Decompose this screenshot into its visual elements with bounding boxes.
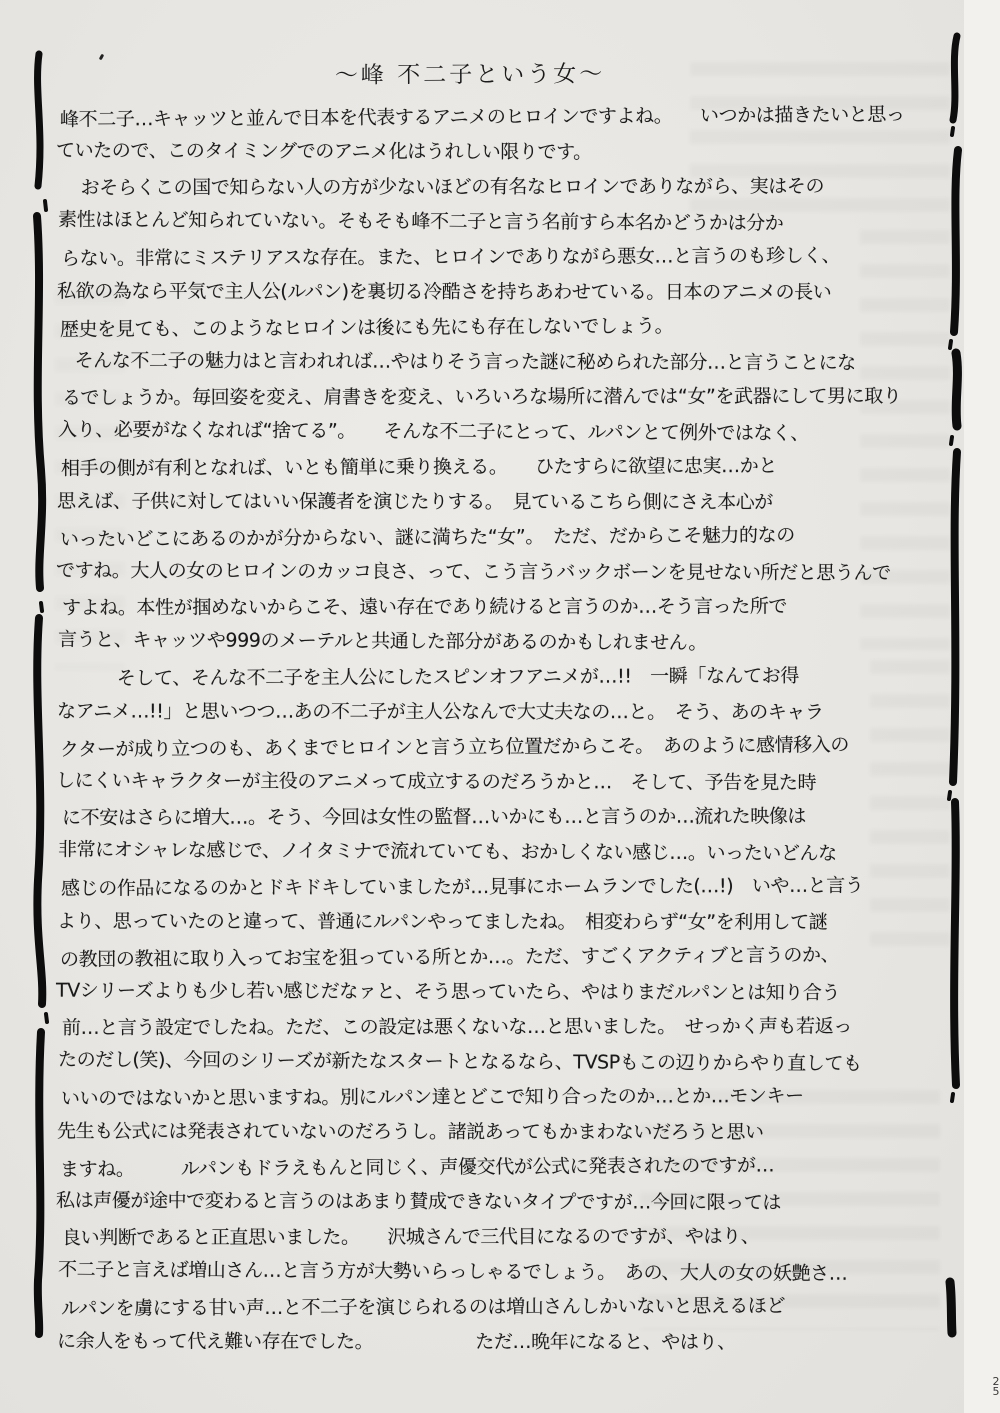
handwritten-line: しにくいキャラクターが主役のアニメって成立するのだろうかと… そして、予告を見た… [56, 764, 958, 802]
handwritten-line: の教団の教祖に取り入ってお宝を狙っている所とか…。ただ、すごくアクティブと言うの… [60, 937, 958, 977]
handwritten-line: ていたので、このタイミングでのアニメ化はうれしい限りです。 [56, 134, 958, 172]
handwritten-line: 私は声優が途中で変わると言うのはあまり賛成できないタイプですが…今回に限っては [56, 1184, 958, 1222]
handwritten-line: 相手の側が有利となれば、いとも簡単に乗り換える。 ひたすらに欲望に忠実…かと [61, 448, 958, 486]
handwritten-line: に余人をもって代え難い存在でした。 ただ…晩年になると、やはり、 [57, 1324, 958, 1360]
handwritten-line: 入り、必要がなくなれば“捨てる”。 そんな不二子にとって、ルパンとて例外ではなく… [58, 413, 958, 453]
handwritten-line: いったいどこにあるのかが分からない、謎に満ちた“女”。 ただ、だからこそ魅力的な… [60, 517, 958, 557]
handwritten-line: 先生も公式には発表されていないのだろうし。諸説あってもかまわないだろうと思い [57, 1114, 958, 1150]
handwritten-line: ですね。大人の女のヒロインのカッコ良さ、って、こう言うバックボーンを見せない所だ… [56, 554, 958, 592]
handwritten-line: そんな不二子の魅力はと言われれば…やはりそう言った謎に秘められた部分…と言うこと… [56, 344, 958, 382]
handwritten-line: 思えば、子供に対してはいい保護者を演じたりする。 見ているこちら側にさえ本心が [57, 484, 958, 520]
handwritten-line: 感じの作品になるのかとドキドキしていましたが…見事にホームランでした(…!) い… [61, 868, 958, 906]
page-title: ～峰 不二子という女～ [0, 54, 940, 92]
essay-text: 峰不二子…キャッツと並んで日本を代表するアニメのヒロインですよね。 いつかは描き… [58, 100, 958, 1360]
handwritten-line: らない。非常にミステリアスな存在。また、ヒロインでありながら悪女…と言うのも珍し… [61, 238, 958, 276]
handwritten-line: そして、そんな不二子を主人公にしたスピンオフアニメが…!! 一瞬「なんてお得 [61, 658, 958, 696]
handwritten-line: 私欲の為なら平気で主人公(ルパン)を裏切る冷酷さを持ちあわせている。日本のアニメ… [57, 274, 958, 310]
handwritten-line: なアニメ…!!」と思いつつ…あの不二子が主人公なんで大丈夫なの…と。 そう、あの… [57, 694, 958, 730]
page-number: 2 5 [990, 1377, 1000, 1397]
handwritten-line: 前…と言う設定でしたね。ただ、この設定は悪くないな…と思いました。 せっかく声も… [62, 1009, 958, 1046]
scanned-page: ～峰 不二子という女～ 峰不二子…キャッツと並んで日本を代表するアニメのヒロイン… [0, 0, 1000, 1413]
handwritten-line: クターが成り立つのも、あくまでヒロインと言う立ち位置だからこそ。 あのように感情… [60, 727, 958, 767]
handwritten-line: 非常にオシャレな感じで、ノイタミナで流れていても、おかしくない感じ…。いったいど… [58, 833, 958, 873]
handwritten-line: ますね。 ルパンもドラえもんと同じく、声優交代が公式に発表されたのですが… [60, 1147, 958, 1187]
handwritten-line: TVシリーズよりも少し若い感じだなァと、そう思っていたら、やはりまだルパンとは知… [56, 974, 958, 1012]
handwritten-line: ルパンを虜にする甘い声…と不二子を演じられるのは増山さんしかいないと思えるほど [61, 1288, 958, 1326]
handwritten-line: より、思っていたのと違って、普通にルパンやってましたね。 相変わらず“女”を利用… [57, 904, 958, 940]
handwritten-line: るでしょうか。毎回姿を変え、肩書きを変え、いろいろな場所に潜んでは“女”を武器に… [62, 379, 958, 416]
handwritten-line: に不安はさらに増大…。そう、今回は女性の監督…いかにも…と言うのか…流れた映像は [62, 799, 958, 836]
handwritten-line: すよね。本性が掴めないからこそ、遠い存在であり続けると言うのか…そう言った所で [62, 589, 958, 626]
handwritten-line: おそらくこの国で知らない人の方が少ないほどの有名なヒロインでありながら、実はその [62, 169, 958, 206]
handwritten-line: 素性はほとんど知られていない。そもそも峰不二子と言う名前すら本名かどうかは分か [58, 203, 958, 243]
handwritten-line: いいのではないかと思いますね。別にルパン達とどこで知り合ったのか…とか…モンキー [61, 1078, 958, 1116]
handwritten-line: 峰不二子…キャッツと並んで日本を代表するアニメのヒロインですよね。 いつかは描き… [60, 97, 958, 137]
handwritten-line: 不二子と言えば増山さん…と言う方が大勢いらっしゃるでしょう。 あの、大人の女の妖… [58, 1253, 958, 1293]
handwritten-line: 言うと、キャッツや999のメーテルと共通した部分があるのかもしれません。 [58, 623, 958, 663]
handwritten-line: たのだし(笑)、今回のシリーズが新たなスタートとなるなら、TVSPもこの辺りから… [58, 1043, 958, 1083]
handwritten-line: 良い判断であると正直思いました。 沢城さんで三代目になるのですが、やはり、 [62, 1219, 958, 1256]
handwritten-line: 歴史を見ても、このようなヒロインは後にも先にも存在しないでしょう。 [60, 307, 958, 347]
